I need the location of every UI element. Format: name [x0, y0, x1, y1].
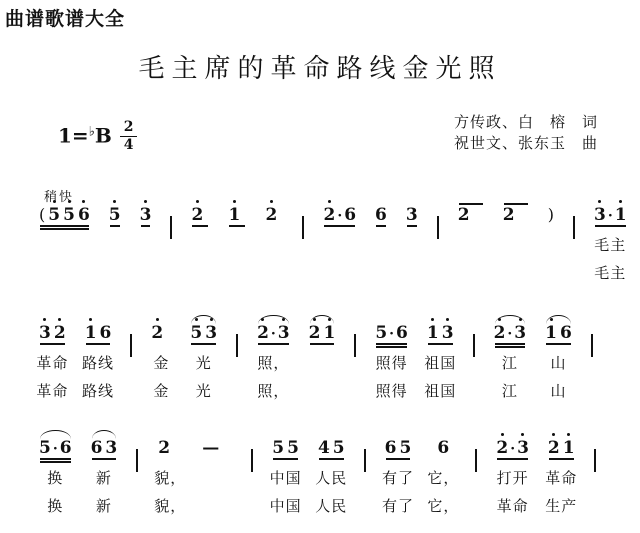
beam-underline	[428, 343, 453, 345]
song-title: 毛主席的革命路线金光照	[0, 48, 640, 85]
note: 2	[158, 440, 170, 457]
beam-underline	[258, 343, 289, 345]
sustain-dash: —	[202, 440, 219, 457]
beam-underline	[407, 225, 417, 227]
intro-paren: )	[548, 207, 554, 223]
note-group: 5	[106, 196, 124, 288]
note: 3	[105, 440, 117, 457]
lyric-line-2: 光	[196, 378, 212, 406]
beam-underline	[40, 225, 89, 227]
lyric-line-2: 貌，	[154, 493, 186, 521]
note-group: 3	[403, 196, 421, 288]
dot-separator: ·	[510, 442, 515, 456]
lyric-line-2	[145, 260, 147, 288]
note-group: 6它，它，	[427, 429, 459, 521]
barline	[594, 449, 596, 472]
barline-cell	[299, 196, 307, 303]
lyric-line-2	[216, 493, 218, 521]
lyric-line-2	[130, 393, 132, 421]
note: 5	[39, 440, 51, 457]
lyric-line-1	[130, 365, 132, 393]
lyric-line-2: 金	[153, 378, 169, 406]
note: 1	[228, 207, 240, 224]
beam-underline	[495, 346, 526, 348]
barline-cell	[248, 429, 256, 533]
lyric-line-2	[136, 508, 138, 533]
lyric-line-2	[236, 260, 238, 288]
note: 5	[375, 325, 387, 342]
lyric-line-2: 路线	[82, 378, 114, 406]
note: 5	[272, 440, 284, 457]
note: 6	[344, 207, 356, 224]
lyric-line-1	[364, 480, 366, 508]
note-group: 2·3照，照，	[254, 314, 293, 406]
lyric-line-2	[236, 393, 238, 421]
lyric-line-2	[550, 259, 552, 287]
lyric-line-1	[236, 232, 238, 260]
barline	[573, 216, 575, 239]
note: 2	[548, 440, 560, 457]
barline	[236, 334, 238, 357]
note-group: 13祖国祖国	[424, 314, 457, 406]
lyric-line-2	[114, 260, 116, 288]
credits: 方传政、白 榕 词 祝世文、张东玉 曲	[454, 112, 598, 154]
dot-separator: ·	[271, 327, 276, 341]
time-signature-denominator: 4	[120, 137, 138, 153]
lyric-line-2	[199, 260, 201, 288]
lyric-line-1: 金	[153, 350, 169, 378]
note: 2	[458, 207, 470, 224]
beam-underline	[495, 343, 526, 345]
beam-underline	[595, 225, 626, 227]
intro-paren: (	[39, 207, 45, 223]
beam-underline	[192, 225, 208, 227]
score-line-2: 32革命革命16路线路线2金金53光光2·3照，照，215·6照得照得13祖国祖…	[36, 314, 596, 421]
lyric-line-1	[515, 232, 517, 260]
dot-separator: ·	[337, 209, 342, 223]
note: 3	[594, 207, 606, 224]
lyric-line-1: 人民	[315, 465, 347, 493]
note-group: 2	[500, 196, 532, 288]
note: 2	[191, 207, 203, 224]
barline-cell	[351, 314, 359, 421]
note: 5	[399, 440, 411, 457]
barline	[591, 334, 593, 357]
lyric-line-2	[470, 260, 472, 288]
key-signature: 1=♭B24	[58, 120, 137, 154]
beam-underline	[110, 225, 120, 227]
note: 1	[323, 325, 335, 342]
lyric-line-2	[251, 508, 253, 533]
note: 5	[287, 440, 299, 457]
lyric-line-2	[437, 275, 439, 303]
beam-underline	[86, 343, 111, 345]
note: 5	[109, 207, 121, 224]
beam-underline	[376, 343, 407, 345]
beam-underline	[386, 458, 411, 460]
note: 6	[91, 440, 103, 457]
lyric-line-1	[573, 247, 575, 275]
beam-underline	[376, 225, 386, 227]
lyric-line-2	[273, 260, 275, 288]
lyric-line-2: 江	[502, 378, 518, 406]
note-group: 5·6照得照得	[372, 314, 411, 406]
barline-cell	[588, 314, 596, 421]
beam-underline	[319, 458, 344, 460]
beam-underline	[191, 343, 216, 345]
lyric-line-2	[339, 260, 341, 288]
beam-underline	[549, 458, 574, 460]
note: 3	[442, 325, 454, 342]
note: 6	[375, 207, 387, 224]
note: 3	[406, 207, 418, 224]
beam-underline	[40, 461, 71, 463]
barline-cell	[361, 429, 369, 533]
barline	[437, 216, 439, 239]
dot-separator: ·	[389, 327, 394, 341]
barline-cell	[133, 429, 141, 533]
note: 2	[257, 325, 269, 342]
note-group: 2·3江江	[491, 314, 530, 406]
lyric-line-1	[114, 232, 116, 260]
dot-separator: ·	[507, 327, 512, 341]
lyric-line-2	[321, 378, 323, 406]
barline	[364, 449, 366, 472]
beam-underline	[40, 228, 89, 230]
lyric-line-1	[251, 480, 253, 508]
barline-cell	[127, 314, 135, 421]
lyric-line-1: 革命	[545, 465, 577, 493]
key-letter: B	[95, 123, 112, 147]
lyric-line-1: 有了	[382, 465, 414, 493]
lyric-line-1	[63, 232, 65, 260]
key-signature-prefix: 1=	[58, 123, 89, 147]
barline	[302, 216, 304, 239]
note-group: —	[199, 429, 235, 521]
dot-separator: ·	[608, 209, 613, 223]
note-group: 3·1毛主毛主	[591, 196, 630, 288]
note: 2	[54, 325, 66, 342]
lyric-line-1	[145, 232, 147, 260]
note-group: 16路线路线	[82, 314, 115, 406]
lyric-line-1: 革命	[36, 350, 68, 378]
note: 5	[333, 440, 345, 457]
lyric-line-1	[339, 232, 341, 260]
score-line-1: (556532122·66322)3·1毛主毛主25席的席的	[36, 196, 640, 303]
lyric-line-1: 中国	[270, 465, 302, 493]
note: 3	[39, 325, 51, 342]
lyric-line-2: 换	[47, 493, 63, 521]
note: 6	[560, 325, 572, 342]
time-signature: 24	[120, 120, 138, 154]
note: 2	[503, 207, 515, 224]
lyric-line-1: 打开	[497, 465, 529, 493]
note: 4	[318, 440, 330, 457]
lyric-line-2	[473, 393, 475, 421]
note-group: 2	[455, 196, 487, 288]
lyric-line-1: 照，	[257, 350, 289, 378]
lyric-line-1	[437, 247, 439, 275]
note-group: 21	[306, 314, 339, 406]
note: 3	[514, 325, 526, 342]
note-group: 21革命生产	[545, 429, 578, 521]
barline-cell	[470, 314, 478, 421]
note-group: )	[545, 196, 557, 287]
lyric-line-2: 有了	[382, 493, 414, 521]
lyric-line-1	[302, 247, 304, 275]
dot-separator: ·	[53, 442, 58, 456]
site-header: 曲谱歌谱大全	[5, 4, 125, 31]
lyric-line-2	[594, 508, 596, 533]
note: 6	[396, 325, 408, 342]
note: 2	[265, 207, 277, 224]
lyric-line-2	[63, 260, 65, 288]
lyric-line-1	[380, 232, 382, 260]
barline	[170, 216, 172, 239]
lyric-line-2: 生产	[545, 493, 577, 521]
note: 1	[85, 325, 97, 342]
lyric-line-2	[573, 275, 575, 303]
barline-cell	[472, 429, 480, 533]
lyric-line-2: 祖国	[424, 378, 456, 406]
note: 3	[517, 440, 529, 457]
lyricist-credit: 方传政、白 榕 词	[454, 112, 598, 133]
beam-underline	[376, 346, 407, 348]
lyric-line-1: 新	[96, 465, 112, 493]
lyric-line-2: 山	[550, 378, 566, 406]
lyric-line-1: 换	[47, 465, 63, 493]
note-group: 2貌，貌，	[154, 429, 186, 521]
note: 2	[496, 440, 508, 457]
beam-underline	[40, 343, 65, 345]
lyric-line-1	[470, 232, 472, 260]
barline-cell	[434, 196, 442, 303]
note-group: 6	[372, 196, 390, 288]
lyric-line-1: 毛主	[594, 232, 626, 260]
note: 2	[151, 325, 163, 342]
note-group: 65有了有了	[382, 429, 415, 521]
note: 3	[205, 325, 217, 342]
beam-underline	[273, 458, 298, 460]
note-group: 2·3打开革命	[493, 429, 532, 521]
lyric-line-1: 貌，	[154, 465, 186, 493]
note-group: 55中国中国	[269, 429, 302, 521]
lyric-line-2	[515, 260, 517, 288]
beam-underline	[546, 343, 571, 345]
note-group: 1	[225, 196, 249, 288]
lyric-line-1	[550, 231, 552, 259]
note-group: 5·6换换	[36, 429, 75, 521]
barline	[136, 449, 138, 472]
note-group: 3	[137, 196, 155, 288]
note-group: 2·6	[320, 196, 359, 288]
lyric-line-2	[475, 508, 477, 533]
note-group: 63新新	[88, 429, 121, 521]
lyric-line-2	[364, 508, 366, 533]
lyric-line-1	[594, 480, 596, 508]
note: 6	[78, 207, 90, 224]
lyric-line-2	[354, 393, 356, 421]
note: 1	[545, 325, 557, 342]
lyric-line-1: 它，	[427, 465, 459, 493]
note: 2	[323, 207, 335, 224]
lyric-line-1: 江	[502, 350, 518, 378]
lyric-line-1: 山	[550, 350, 566, 378]
note: 1	[563, 440, 575, 457]
note-group: 53光光	[187, 314, 220, 406]
lyric-line-2: 新	[96, 493, 112, 521]
note: 1	[615, 207, 627, 224]
note-group: 45人民人民	[315, 429, 348, 521]
barline	[473, 334, 475, 357]
note: 5	[190, 325, 202, 342]
barline-cell	[570, 196, 578, 303]
lyric-line-1: 光	[196, 350, 212, 378]
lyric-line-2: 革命	[497, 493, 529, 521]
lyric-line-2: 照得	[376, 378, 408, 406]
lyric-line-2	[380, 260, 382, 288]
barline	[130, 334, 132, 357]
lyric-line-2	[591, 393, 593, 421]
composer-credit: 祝世文、张东玉 曲	[454, 133, 598, 154]
lyric-line-1	[273, 232, 275, 260]
note: 6	[437, 440, 449, 457]
note-group: 2金金	[148, 314, 174, 406]
barline-cell	[167, 196, 175, 303]
beam-underline	[40, 458, 71, 460]
beam-underline	[497, 458, 528, 460]
barline	[251, 449, 253, 472]
lyric-line-1	[475, 480, 477, 508]
lyric-line-1	[199, 232, 201, 260]
sheet-music-page: { "site": { "header": "曲谱歌谱大全" }, "song"…	[0, 0, 640, 533]
lyric-line-1	[136, 480, 138, 508]
lyric-line-2: 人民	[315, 493, 347, 521]
beam-underline	[229, 225, 245, 227]
note-group: 2	[262, 196, 286, 288]
barline	[475, 449, 477, 472]
lyric-line-1	[321, 350, 323, 378]
note-group: 16山山	[542, 314, 575, 406]
note: 6	[100, 325, 112, 342]
lyric-line-2	[302, 275, 304, 303]
barline-cell	[591, 429, 599, 533]
lyric-line-1	[591, 365, 593, 393]
beam-underline	[92, 458, 117, 460]
lyric-line-1: 照得	[376, 350, 408, 378]
beam-underline	[310, 343, 335, 345]
lyric-line-2	[411, 260, 413, 288]
note: 1	[427, 325, 439, 342]
note: 6	[385, 440, 397, 457]
note: 3	[140, 207, 152, 224]
note-group: 2	[188, 196, 212, 288]
lyric-line-1	[354, 365, 356, 393]
note: 5	[48, 207, 60, 224]
note: 2	[309, 325, 321, 342]
lyric-line-1	[216, 465, 218, 493]
barline-cell	[233, 314, 241, 421]
lyric-line-2: 它，	[427, 493, 459, 521]
time-signature-numerator: 2	[120, 120, 138, 137]
lyric-line-2: 中国	[270, 493, 302, 521]
note-group: (556	[36, 196, 93, 288]
lyric-line-1	[473, 365, 475, 393]
lyric-line-2: 毛主	[594, 260, 626, 288]
lyric-line-1	[411, 232, 413, 260]
lyric-line-1	[170, 247, 172, 275]
note: 3	[278, 325, 290, 342]
barline	[354, 334, 356, 357]
beam-underline	[141, 225, 151, 227]
score-line-3: 5·6换换63新新2貌，貌，—55中国中国45人民人民65有了有了6它，它，2·…	[36, 429, 599, 533]
beam-underline	[324, 225, 355, 227]
lyric-line-2: 照，	[257, 378, 289, 406]
note: 2	[494, 325, 506, 342]
lyric-line-2	[170, 275, 172, 303]
lyric-line-1: 祖国	[424, 350, 456, 378]
lyric-line-1	[236, 365, 238, 393]
note: 6	[60, 440, 72, 457]
lyric-line-1: 路线	[82, 350, 114, 378]
note: 5	[63, 207, 75, 224]
note-group: 32革命革命	[36, 314, 69, 406]
lyric-line-2: 革命	[36, 378, 68, 406]
